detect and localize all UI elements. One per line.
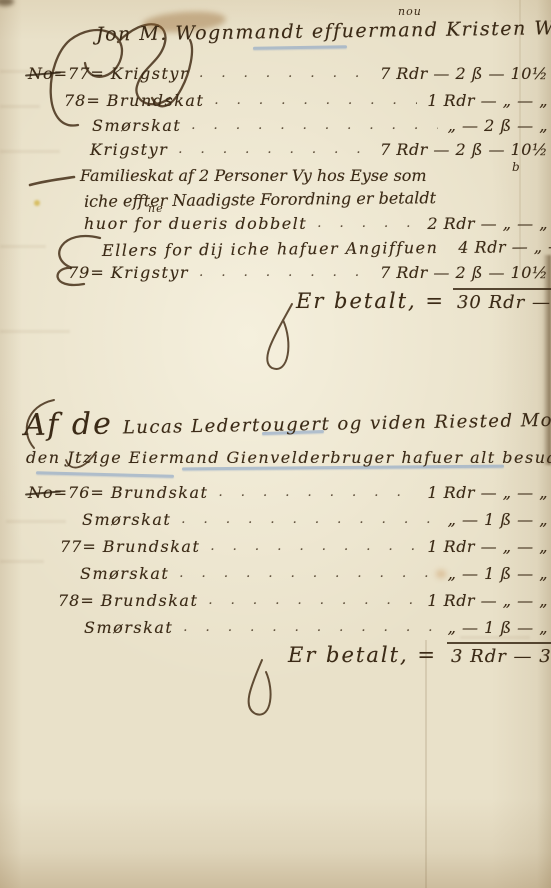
row-amount: 2 Rdr — „ — „	[427, 214, 548, 233]
ledger-row: Krigstyr . . . . . . . . . . . . . . . .…	[90, 140, 548, 159]
row-amount: „ — 1 ß — „	[448, 510, 548, 529]
dot-leader: . . . . . . . . . . . . . . . . . . . . …	[181, 512, 437, 527]
row-tax-label: Smørskat	[80, 564, 169, 583]
ledger-row: Smørskat . . . . . . . . . . . . . . . .…	[84, 618, 548, 637]
row-tax-label: Ellers for dij iche hafuer Angiffuen	[102, 238, 439, 260]
total-label: Er betalt, =	[288, 643, 437, 667]
row-margin-number: 77=	[60, 537, 97, 556]
row-tax-label: Krigstyr	[90, 140, 168, 159]
dot-leader: . . . . . . . . . . . . . . . . . . . . …	[214, 93, 417, 108]
manuscript-page: Jon M. Wognmandt effuermand Kristen Wilm…	[0, 0, 551, 888]
ledger-row: No=76= Brundskat . . . . . . . . . . . .…	[28, 483, 548, 502]
ledger-row: 78= Brundskat . . . . . . . . . . . . . …	[58, 591, 548, 610]
dot-leader: . . . . . . . . . . . . . . . . . . . . …	[179, 566, 437, 581]
bleed-mark	[0, 105, 40, 108]
clause-text: Familieskat af 2 Personer Vy hos Eyse so…	[80, 166, 427, 185]
bleed-mark	[0, 150, 60, 153]
heading-text: Lucas Ledertougert og viden Riested Moge…	[123, 407, 551, 438]
row-tax-label: Brundskat	[111, 483, 209, 502]
row-amount: 4 Rdr — „ — „	[458, 237, 551, 257]
row-tax-label: Brundskat	[101, 591, 199, 610]
ledger-row: Ellers for dij iche hafuer Angiffuen . .…	[102, 237, 548, 260]
paper-fleck	[34, 200, 40, 206]
dot-leader: . . . . . . . . . . . . . . . . . . . . …	[183, 620, 437, 635]
row-tax-label: Krigstyr	[111, 263, 189, 282]
ledger-row: No=77= Krigstyr . . . . . . . . . . . . …	[28, 64, 548, 83]
ledger-row: Smørskat . . . . . . . . . . . . . . . .…	[80, 564, 548, 583]
ledger-row: 78= Brundskat . . . . . . . . . . . . . …	[64, 91, 548, 110]
row-tax-label: Brundskat	[103, 537, 201, 556]
section1-total: Er betalt, = 30 Rdr — „ ß — 6½	[296, 288, 551, 313]
row-amount: 7 Rdr — 2 ß — 10½	[380, 140, 548, 159]
section2-heading-line2: den Jtzige Eiermand Gienvelderbruger haf…	[26, 448, 551, 467]
row-tax-label: Smørskat	[82, 510, 171, 529]
row-amount-subnote: b	[512, 160, 520, 174]
dot-leader: . . . . . . . . . . . . . . . . . . . . …	[178, 142, 370, 157]
pencil-underline	[253, 45, 347, 50]
row-amount: „ — 1 ß — „	[448, 618, 548, 637]
section1-heading-superscript: nou	[398, 5, 422, 18]
family-clause-line3: huor for dueris dobbelt . . . . . . . . …	[84, 214, 548, 233]
total-label: Er betalt, =	[296, 289, 445, 313]
dot-leader: . . . . . . . . . . . . . . . . . . . . …	[191, 118, 437, 133]
ledger-row: Smørskat . . . . . . . . . . . . . . . .…	[92, 116, 548, 135]
row-margin-number: 78=	[64, 91, 101, 110]
row-tax-label: Smørskat	[92, 116, 181, 135]
row-amount: 7 Rdr — 2 ß — 10½	[380, 64, 548, 83]
pencil-underline	[36, 471, 174, 478]
bleed-mark	[0, 245, 46, 248]
dot-leader: . . . . . . . . . . . . . . . . . . . . …	[199, 265, 370, 280]
total-amount: 30 Rdr — „ ß — 6½	[453, 288, 551, 313]
row-tax-label: Krigstyr	[111, 64, 189, 83]
total-amount: 3 Rdr — 3 ß — „	[447, 642, 551, 667]
section2-total: Er betalt, = 3 Rdr — 3 ß — „	[288, 642, 551, 667]
dot-leader: . . . . . . . . . . . . . . . . . . . . …	[199, 66, 370, 81]
bleed-mark	[0, 330, 70, 333]
heading-initial: Af de	[24, 407, 113, 444]
ledger-row: 79= Krigstyr . . . . . . . . . . . . . .…	[68, 263, 548, 282]
row-amount: „ — 1 ß — „	[448, 564, 548, 583]
row-amount: 1 Rdr — „ — „	[427, 91, 548, 110]
row-amount: 7 Rdr — 2 ß — 10½	[380, 263, 548, 282]
clause-text: huor for dueris dobbelt	[84, 214, 307, 233]
row-amount: 1 Rdr — „ — „	[427, 591, 548, 610]
dot-leader: . . . . . . . . . . . . . . . . . . . . …	[218, 485, 417, 500]
bleed-mark	[6, 520, 66, 523]
row-margin-number: 79=	[68, 263, 105, 282]
family-clause-line2: iche effter Naadigste Forordning er beta…	[84, 188, 436, 211]
section2-heading-line1: Af de Lucas Ledertougert og viden Rieste…	[24, 396, 551, 443]
row-amount: 1 Rdr — „ — „	[427, 483, 548, 502]
corner-shadow	[0, 0, 14, 6]
dot-leader: . . . . . . . . . . . . . . . . . . . . …	[208, 593, 417, 608]
clause-text: iche effter Naadigste Forordning er beta…	[84, 188, 436, 211]
dot-leader: . . . . . . . . . . . . . . . . . . . . …	[210, 539, 417, 554]
ledger-row: Smørskat . . . . . . . . . . . . . . . .…	[82, 510, 548, 529]
family-clause-line1: Familieskat af 2 Personer Vy hos Eyse so…	[80, 166, 427, 185]
heading-text: den Jtzige Eiermand Gienvelderbruger haf…	[26, 448, 551, 467]
bleed-mark	[0, 560, 44, 563]
row-amount: 1 Rdr — „ — „	[427, 537, 548, 556]
row-tax-label: Smørskat	[84, 618, 173, 637]
dot-leader: . . . . . . . . . . . . . . . . . . . . …	[317, 216, 417, 231]
ledger-row: 77= Brundskat . . . . . . . . . . . . . …	[60, 537, 548, 556]
row-tax-label: Brundskat	[107, 91, 205, 110]
row-amount: „ — 2 ß — „	[448, 116, 548, 135]
row-margin-number: 78=	[58, 591, 95, 610]
fold-line	[425, 640, 427, 888]
clause-superscript: ne	[148, 202, 164, 215]
